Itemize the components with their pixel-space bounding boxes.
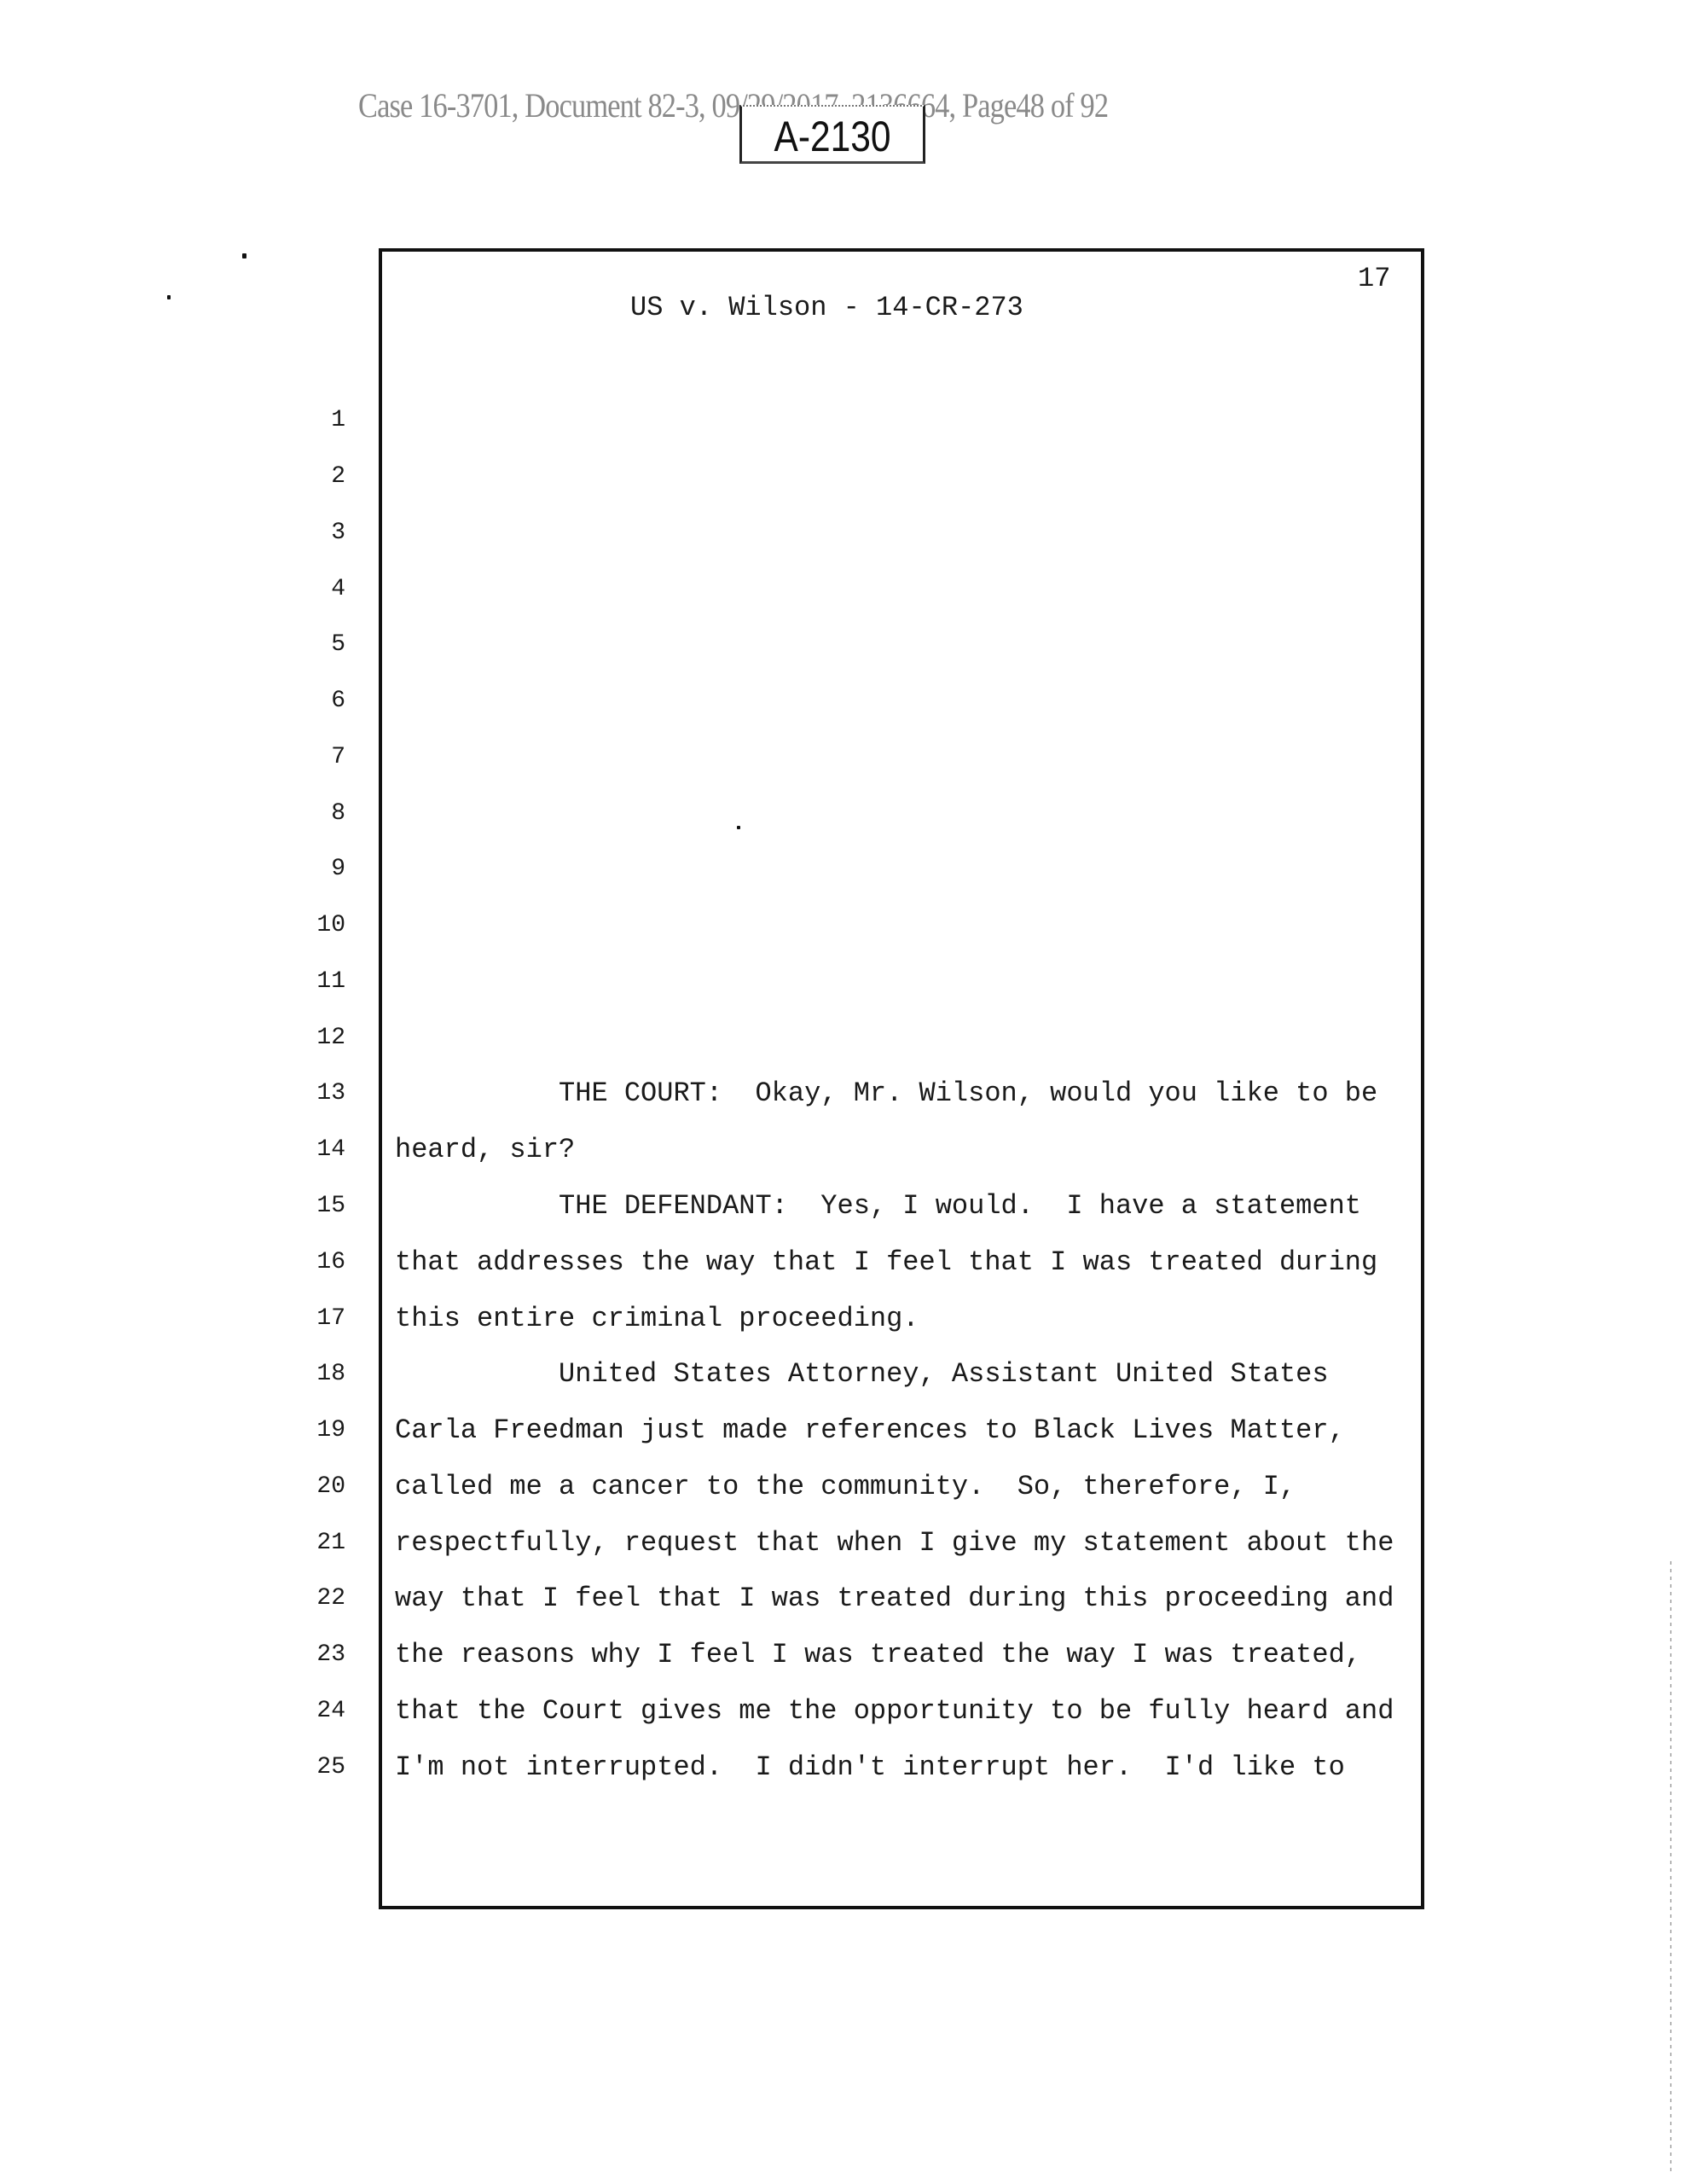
line-number: 6 — [294, 684, 345, 718]
scan-speck — [242, 253, 246, 258]
scan-edge-artifact — [1670, 1561, 1672, 2175]
line-text: I'm not interrupted. I didn't interrupt … — [395, 1751, 1345, 1785]
scan-speck — [737, 826, 740, 829]
line-number: 3 — [294, 516, 345, 550]
case-title: US v. Wilson - 14-CR-273 — [630, 292, 1023, 323]
line-number: 7 — [294, 741, 345, 775]
line-number: 9 — [294, 852, 345, 886]
line-number: 20 — [294, 1470, 345, 1504]
line-number: 14 — [294, 1133, 345, 1167]
line-text: THE COURT: Okay, Mr. Wilson, would you l… — [395, 1077, 1377, 1111]
line-number: 5 — [294, 628, 345, 662]
line-text: Carla Freedman just made references to B… — [395, 1414, 1345, 1448]
line-text: that the Court gives me the opportunity … — [395, 1694, 1394, 1728]
line-text: the reasons why I feel I was treated the… — [395, 1638, 1361, 1672]
line-number: 19 — [294, 1414, 345, 1448]
line-number: 25 — [294, 1751, 345, 1785]
line-number: 22 — [294, 1582, 345, 1616]
exhibit-stamp-label: A-2130 — [756, 112, 909, 161]
line-number: 17 — [294, 1302, 345, 1336]
line-number: 10 — [294, 909, 345, 943]
line-number: 24 — [294, 1694, 345, 1728]
line-number: 11 — [294, 965, 345, 999]
line-number: 15 — [294, 1189, 345, 1223]
line-text: respectfully, request that when I give m… — [395, 1526, 1394, 1560]
scan-speck — [167, 295, 171, 299]
line-text: this entire criminal proceeding. — [395, 1302, 919, 1336]
line-number: 4 — [294, 572, 345, 607]
line-text: way that I feel that I was treated durin… — [395, 1582, 1394, 1616]
line-text: THE DEFENDANT: Yes, I would. I have a st… — [395, 1189, 1361, 1223]
line-number: 13 — [294, 1077, 345, 1111]
line-number: 18 — [294, 1357, 345, 1391]
exhibit-stamp: A-2130 — [739, 105, 925, 164]
line-number: 1 — [294, 404, 345, 438]
line-text: heard, sir? — [395, 1133, 575, 1167]
line-number: 21 — [294, 1526, 345, 1560]
page-number: 17 — [1358, 263, 1390, 294]
line-text: United States Attorney, Assistant United… — [395, 1357, 1329, 1391]
line-number: 16 — [294, 1246, 345, 1280]
line-text: called me a cancer to the community. So,… — [395, 1470, 1296, 1504]
line-text: that addresses the way that I feel that … — [395, 1246, 1377, 1280]
line-number: 2 — [294, 460, 345, 494]
line-number: 8 — [294, 797, 345, 831]
line-number: 23 — [294, 1638, 345, 1672]
line-number: 12 — [294, 1021, 345, 1055]
